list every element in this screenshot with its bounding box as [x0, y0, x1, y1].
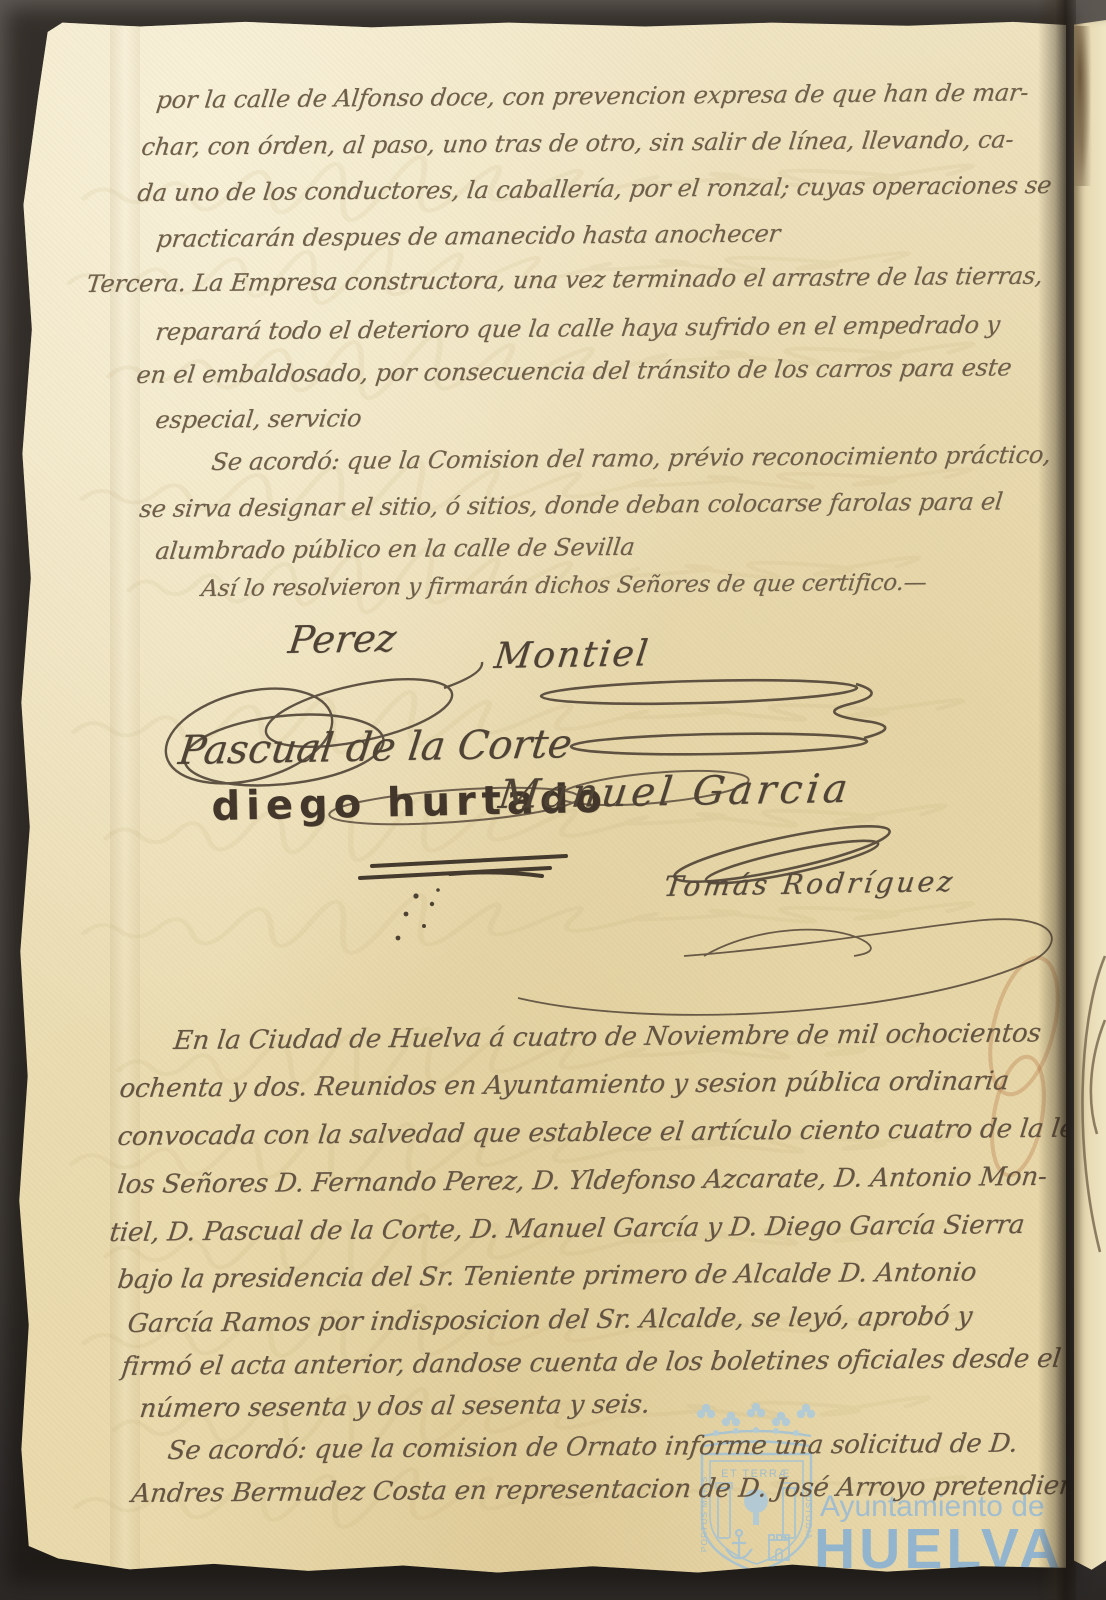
adjacent-page-edge — [1074, 20, 1106, 1576]
gutter-stain — [1072, 26, 1092, 186]
tomas-rubric — [514, 898, 1074, 1033]
manuscript-line-8: especial, servicio — [154, 404, 363, 434]
manuscript-line-11: alumbrado público en la calle de Sevilla — [154, 533, 636, 565]
manuscript-line-21: número sesenta y dos al sesenta y seis. — [138, 1390, 651, 1424]
archival-scan: ET TERRÆ PORTUS MARIS CUSTODIA Ayuntamie… — [0, 0, 1106, 1600]
montiel-rubric — [534, 676, 914, 771]
signature-manuel-garcia: Manuel Garcia — [496, 766, 854, 818]
signature-perez: Perez — [286, 616, 399, 662]
adjacent-page-flourish — [1074, 950, 1106, 1280]
book-gutter-shadow — [1038, 0, 1076, 1600]
signature-montiel: Montiel — [492, 633, 652, 677]
manuscript-page: ET TERRÆ PORTUS MARIS CUSTODIA Ayuntamie… — [14, 18, 1066, 1574]
manuscript-line-4: practicarán despues de amanecido hasta a… — [155, 220, 782, 253]
